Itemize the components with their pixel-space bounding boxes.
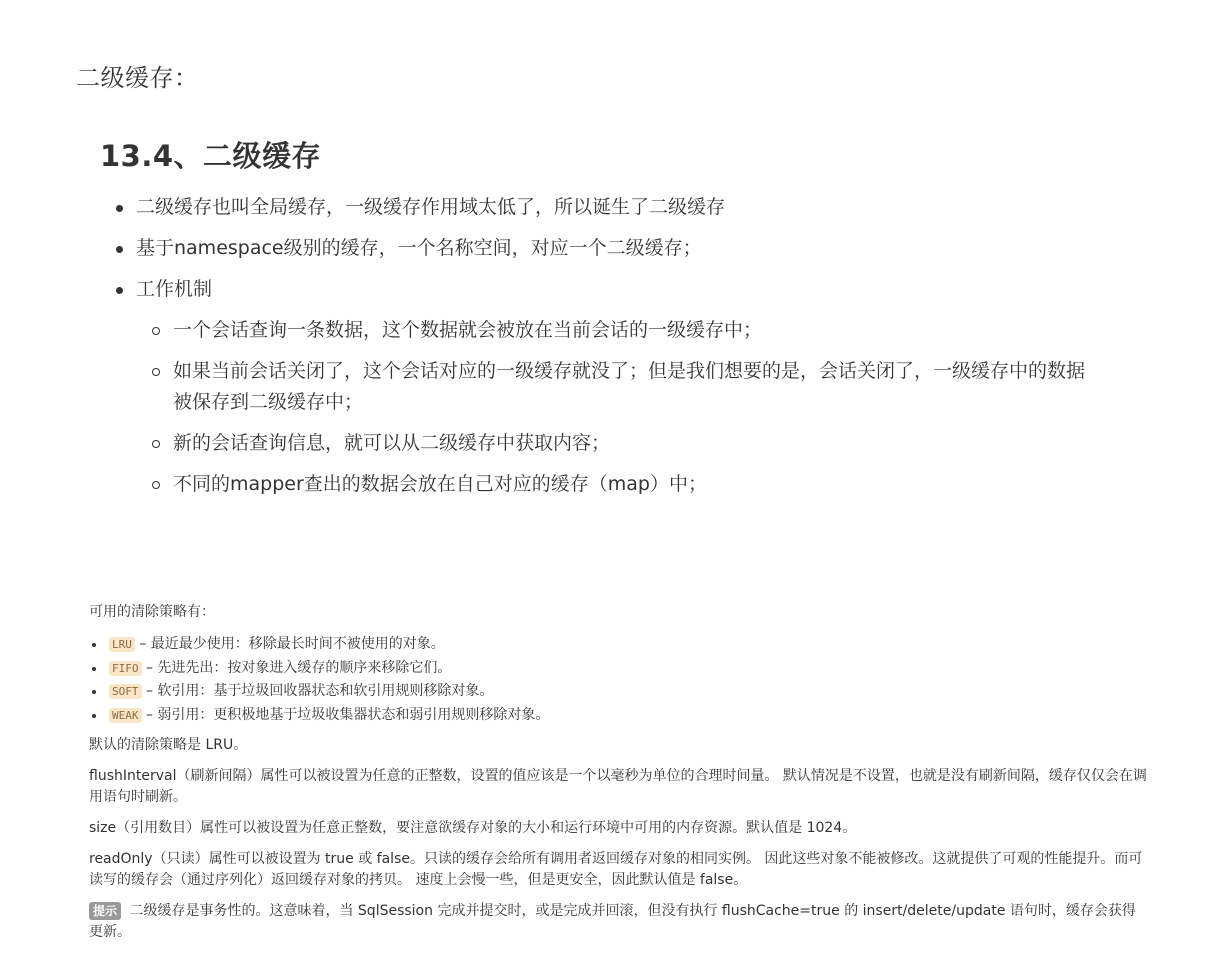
strategy-code: FIFO <box>109 661 142 676</box>
hint-text: 二级缓存是事务性的。这意味着，当 SqlSession 完成并提交时，或是完成并… <box>89 903 1136 940</box>
sub-list-item: 一个会话查询一条数据，这个数据就会被放在当前会话的一级缓存中； <box>136 315 1093 346</box>
strategy-desc: – 软引用：基于垃圾回收器状态和软引用规则移除对象。 <box>142 683 494 699</box>
sub-bullet-list: 一个会话查询一条数据，这个数据就会被放在当前会话的一级缓存中； 如果当前会话关闭… <box>136 315 1120 500</box>
bullet-circle-icon <box>152 368 160 376</box>
bullet-dot-icon <box>92 714 96 718</box>
doc-excerpt: 可用的清除策略有： LRU – 最近最少使用：移除最长时间不被使用的对象。 FI… <box>89 602 1149 953</box>
strategy-item-lru: LRU – 最近最少使用：移除最长时间不被使用的对象。 <box>89 633 1149 657</box>
bullet-dot-icon <box>92 690 96 694</box>
bullet-circle-icon <box>152 440 160 448</box>
hint-badge: 提示 <box>89 902 121 920</box>
strategy-desc: – 弱引用：更积极地基于垃圾收集器状态和弱引用规则移除对象。 <box>142 707 550 723</box>
strategy-code: LRU <box>109 637 135 652</box>
sub-list-item: 新的会话查询信息，就可以从二级缓存中获取内容； <box>136 428 1093 459</box>
sub-list-item: 不同的mapper查出的数据会放在自己对应的缓存（map）中； <box>136 469 1093 500</box>
strategy-desc: – 最近最少使用：移除最长时间不被使用的对象。 <box>135 636 445 652</box>
default-policy: 默认的清除策略是 LRU。 <box>89 735 1149 756</box>
strategy-item-fifo: FIFO – 先进先出：按对象进入缓存的顺序来移除它们。 <box>89 657 1149 681</box>
sub-list-item-text: 如果当前会话关闭了，这个会话对应的一级缓存就没了；但是我们想要的是，会话关闭了，… <box>173 360 1085 413</box>
strategy-code: WEAK <box>109 708 142 723</box>
list-item: 二级缓存也叫全局缓存，一级缓存作用域太低了，所以诞生了二级缓存 <box>100 192 1120 223</box>
list-item: 工作机制 一个会话查询一条数据，这个数据就会被放在当前会话的一级缓存中； 如果当… <box>100 274 1120 500</box>
strategy-desc: – 先进先出：按对象进入缓存的顺序来移除它们。 <box>142 660 452 676</box>
strategy-item-weak: WEAK – 弱引用：更积极地基于垃圾收集器状态和弱引用规则移除对象。 <box>89 704 1149 728</box>
section-heading: 13.4、二级缓存 <box>100 134 321 175</box>
list-item-text: 二级缓存也叫全局缓存，一级缓存作用域太低了，所以诞生了二级缓存 <box>136 196 725 218</box>
strategy-code: SOFT <box>109 684 142 699</box>
flush-interval-paragraph: flushInterval（刷新间隔）属性可以被设置为任意的正整数，设置的值应该… <box>89 766 1149 808</box>
sub-list-item-text: 不同的mapper查出的数据会放在自己对应的缓存（map）中； <box>173 473 707 495</box>
bullet-dot-icon <box>92 643 96 647</box>
list-item-text: 基于namespace级别的缓存，一个名称空间，对应一个二级缓存； <box>136 237 702 259</box>
bullet-circle-icon <box>152 327 160 335</box>
strategy-list: LRU – 最近最少使用：移除最长时间不被使用的对象。 FIFO – 先进先出：… <box>89 633 1149 727</box>
intro-label: 二级缓存： <box>76 58 199 93</box>
strategies-intro: 可用的清除策略有： <box>89 602 1149 623</box>
sub-list-item-text: 一个会话查询一条数据，这个数据就会被放在当前会话的一级缓存中； <box>173 319 762 341</box>
list-item: 基于namespace级别的缓存，一个名称空间，对应一个二级缓存； <box>100 233 1120 264</box>
sub-list-item-text: 新的会话查询信息，就可以从二级缓存中获取内容； <box>173 432 610 454</box>
bullet-dot-icon <box>116 205 123 212</box>
bullet-circle-icon <box>152 481 160 489</box>
bullet-dot-icon <box>92 667 96 671</box>
list-item-text: 工作机制 <box>136 278 212 300</box>
main-bullet-list: 二级缓存也叫全局缓存，一级缓存作用域太低了，所以诞生了二级缓存 基于namesp… <box>100 192 1120 510</box>
bullet-dot-icon <box>116 246 123 253</box>
read-only-paragraph: readOnly（只读）属性可以被设置为 true 或 false。只读的缓存会… <box>89 849 1149 891</box>
hint-paragraph: 提示 二级缓存是事务性的。这意味着，当 SqlSession 完成并提交时，或是… <box>89 901 1149 943</box>
size-paragraph: size（引用数目）属性可以被设置为任意正整数，要注意欲缓存对象的大小和运行环境… <box>89 818 1149 839</box>
strategy-item-soft: SOFT – 软引用：基于垃圾回收器状态和软引用规则移除对象。 <box>89 680 1149 704</box>
bullet-dot-icon <box>116 287 123 294</box>
sub-list-item: 如果当前会话关闭了，这个会话对应的一级缓存就没了；但是我们想要的是，会话关闭了，… <box>136 356 1093 418</box>
